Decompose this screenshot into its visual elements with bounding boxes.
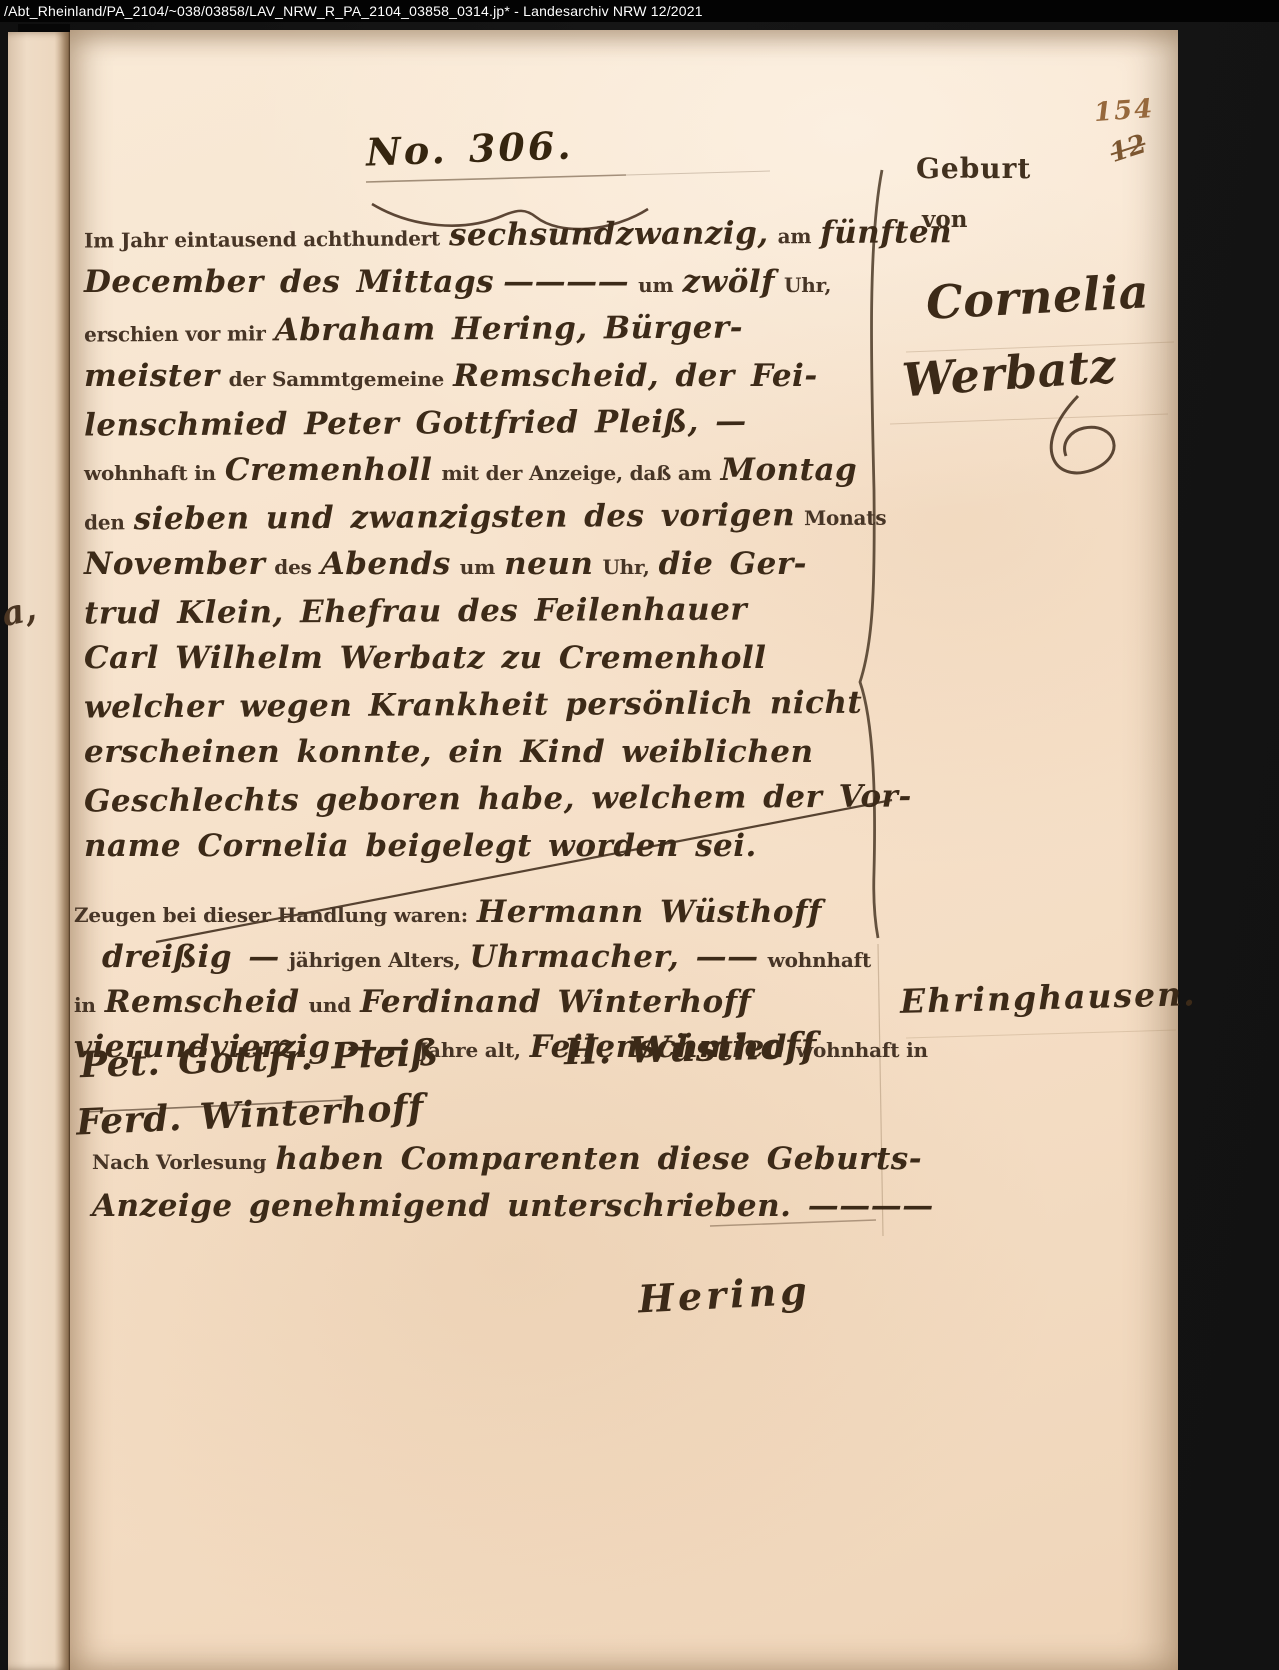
printed-form-text: in (74, 993, 96, 1017)
handwritten-text: sechsundzwanzig, (449, 215, 769, 253)
record-line: Geschlechts geboren habe, welchem der Vo… (84, 773, 914, 825)
handwritten-text: Anzeige genehmigend unterschrieben. ———— (92, 1188, 934, 1224)
record-line: trud Klein, Ehefrau des Feilenhauer (84, 585, 914, 637)
facing-page-edge: a, (8, 32, 70, 1670)
handwritten-text: Uhrmacher, —— (470, 939, 759, 975)
printed-form-text: Im Jahr eintausend achthundert (84, 226, 440, 252)
signature-wuesthoff: H. Wüsthoff (563, 1025, 817, 1074)
signature-winterhoff: Ferd. Winterhoff (75, 1086, 425, 1143)
record-line: welcher wegen Krankheit persönlich nicht (84, 679, 914, 731)
printed-form-text: der Sammtgemeine (229, 367, 444, 391)
record-line: lenschmied Peter Gottfried Pleiß, — (84, 397, 914, 449)
record-number: No. 306. (365, 122, 574, 174)
record-line: erscheinen konnte, ein Kind weiblichen (84, 729, 914, 776)
margin-child-name-first: Cornelia (925, 264, 1151, 330)
handwritten-text: Remscheid (105, 984, 300, 1020)
margin-witness-residence: Ehringhausen. (900, 974, 1197, 1021)
handwritten-text: dreißig — (102, 939, 280, 975)
handwritten-text: trud Klein, Ehefrau des Feilenhauer (84, 591, 747, 631)
record-line: Nach Vorlesunghaben Comparenten diese Ge… (92, 1136, 922, 1183)
handwritten-text: Remscheid, der Fei- (453, 358, 818, 394)
record-line: Anzeige genehmigend unterschrieben. ———— (92, 1183, 922, 1230)
handwritten-text: name Cornelia beigelegt worden sei. (84, 828, 757, 864)
record-line: NovemberdesAbendsumneunUhr,die Ger- (84, 541, 914, 588)
printed-form-text: um (638, 273, 673, 297)
main-record-text: Im Jahr eintausend achthundertsechsundzw… (84, 212, 914, 870)
record-line: inRemscheidundFerdinand Winterhoff (74, 980, 924, 1025)
record-line: dreißig —jährigen Alters,Uhrmacher, ——wo… (102, 935, 924, 980)
printed-form-text: Zeugen bei dieser Handlung waren: (74, 903, 468, 927)
handwritten-text: sieben und zwanzigsten des vorigen (134, 497, 796, 537)
printed-form-text: Nach Vorlesung (92, 1150, 266, 1174)
printed-form-text: des (274, 555, 311, 579)
stray-ink-fragment: a, (0, 589, 40, 635)
handwritten-text: fünften (820, 214, 952, 251)
signature-hering: Hering (637, 1268, 812, 1322)
handwritten-text: Abends (321, 546, 451, 582)
handwritten-text: Carl Wilhelm Werbatz zu Cremenholl (84, 640, 766, 676)
printed-form-text: um (460, 555, 495, 579)
record-line: Zeugen bei dieser Handlung waren:Hermann… (74, 890, 924, 935)
handwritten-text: meister (84, 358, 220, 394)
archive-viewer-window: /Abt_Rheinland/PA_2104/~038/03858/LAV_NR… (0, 0, 1279, 1670)
handwritten-text: November (84, 546, 265, 582)
printed-form-text: am (778, 224, 812, 248)
handwritten-text: Ferdinand Winterhoff (360, 984, 751, 1020)
handwritten-text: zwölf (682, 264, 775, 300)
printed-form-text: wohnhaft (768, 948, 871, 972)
margin-child-name-last: Werbatz (900, 339, 1118, 408)
printed-form-text: Monats (804, 506, 886, 531)
handwritten-text: haben Comparenten diese Geburts- (275, 1141, 922, 1177)
handwritten-text: ———— (503, 264, 629, 300)
record-line: meisterder SammtgemeineRemscheid, der Fe… (84, 353, 914, 400)
document-page: 154 12 No. 306. Geburt von Cornelia Werb… (70, 30, 1178, 1670)
window-title-text: /Abt_Rheinland/PA_2104/~038/03858/LAV_NR… (0, 3, 703, 19)
handwritten-text: Hermann Wüsthoff (477, 894, 822, 930)
handwritten-text: Cremenholl (225, 452, 433, 488)
record-line: wohnhaft inCremenhollmit der Anzeige, da… (84, 447, 914, 494)
scan-background: a, (0, 22, 1279, 1670)
record-line: densieben und zwanzigsten des vorigenMon… (84, 491, 914, 543)
record-line: Carl Wilhelm Werbatz zu Cremenholl (84, 635, 914, 682)
printed-form-text: wohnhaft in (84, 461, 216, 485)
record-line: name Cornelia beigelegt worden sei. (84, 823, 914, 870)
printed-form-text: und (309, 993, 351, 1017)
handwritten-text: welcher wegen Krankheit persönlich nicht (84, 685, 863, 726)
printed-form-text: jährigen Alters, (289, 948, 461, 972)
folio-number: 154 (1093, 94, 1155, 128)
record-line: erschien vor mirAbraham Hering, Bürger- (84, 303, 914, 355)
record-line: Im Jahr eintausend achthundertsechsundzw… (84, 209, 914, 261)
printed-form-text: den (84, 510, 125, 534)
handwritten-text: Abraham Hering, Bürger- (275, 310, 744, 349)
margin-heading-geburt: Geburt (916, 152, 1031, 185)
handwritten-text: December des Mittags (84, 264, 494, 300)
handwritten-text: neun (504, 546, 593, 582)
printed-form-text: erschien vor mir (84, 321, 266, 346)
handwritten-text: Geschlechts geboren habe, welchem der Vo… (84, 778, 912, 819)
printed-form-text: Uhr, (784, 273, 831, 297)
handwritten-text: Montag (721, 452, 858, 488)
printed-form-text: Uhr, (602, 555, 649, 579)
handwritten-text: lenschmied Peter Gottfried Pleiß, — (84, 403, 747, 443)
handwritten-text: erscheinen konnte, ein Kind weiblichen (84, 734, 814, 770)
closing-record-text: Nach Vorlesunghaben Comparenten diese Ge… (92, 1136, 922, 1230)
printed-form-text: mit der Anzeige, daß am (441, 461, 711, 485)
window-titlebar[interactable]: /Abt_Rheinland/PA_2104/~038/03858/LAV_NR… (0, 0, 1279, 22)
folio-number-struck: 12 (1106, 129, 1150, 169)
record-line: December des Mittags————umzwölfUhr, (84, 259, 914, 306)
handwritten-text: die Ger- (659, 546, 807, 582)
